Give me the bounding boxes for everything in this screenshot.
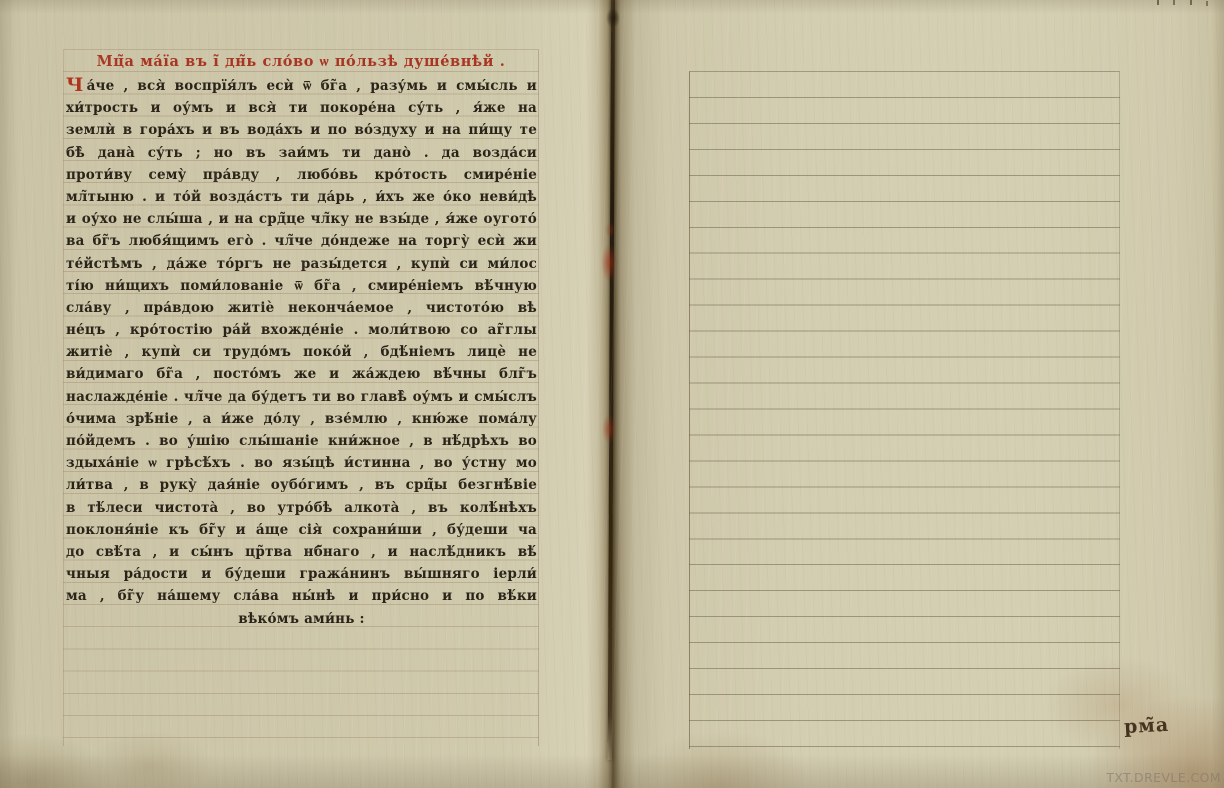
manuscript-line-text: а́че , вся̀ воспрїя́лъ есѝ ѿ бг̃а , разу… [87, 75, 537, 97]
manuscript-line: проти́ву сему̀ пра́вду , любо́вь кро́тос… [66, 164, 537, 186]
manuscript-line: чныя ра́дости и бу́деши гража́нинъ вы́шн… [66, 563, 537, 585]
watermark: TXT.DREVLE.COM [1106, 770, 1221, 785]
manuscript-line: Ч а́че , вся̀ воспрїя́лъ есѝ ѿ бг̃а , ра… [66, 75, 537, 97]
manuscript-line: по́йдемъ . во у́шію слы́шаніе кни́жное ,… [66, 430, 537, 452]
manuscript-line: те́йстѣмъ , да́же то́ргъ не разы́дется ,… [66, 253, 537, 275]
manuscript-line: в тѣ́леси чистота̀ , во утро́бѣ алкота̀ … [66, 497, 537, 519]
manuscript-lines: хи́трость и оу́мъ и вся̀ ти покоре́на су… [66, 97, 537, 607]
spine-ink-blot [606, 8, 620, 28]
rubric-title: Мц̃а ма́їа въ і̃ дн̃ь сло́во ѡ по́льзѣ д… [65, 53, 537, 71]
manuscript-line: ма , бг̃у на́шему сла́ва ны́нѣ и при́сно… [66, 585, 537, 607]
manuscript-line: сла́ву , пра́вдою житіѐ неконча́емое , ч… [66, 297, 537, 319]
manuscript-line: до свѣ́та , и сы́нъ цр̃тва нб̃наго , и н… [66, 541, 537, 563]
manuscript-line: житіѐ , купѝ си трудо́мъ поко́й , бдѣ́ні… [66, 341, 537, 363]
manuscript-line: ва бг̃ъ любя́щимъ его̀ . чл̃че до́ндеже … [66, 230, 537, 252]
manuscript-line: мл̃тыню . и то́й возда́стъ ти да́рь , и́… [66, 186, 537, 208]
manuscript-line: наслажде́ніе . чл̃че да бу́детъ ти во гл… [66, 386, 537, 408]
manuscript-line: поклоня́ніе къ бг̃у и а́ще сія̀ сохрани́… [66, 519, 537, 541]
manuscript-line: хи́трость и оу́мъ и вся̀ ти покоре́на су… [66, 97, 537, 119]
manuscript-line: здыха́ніе ѡ грѣсѣ́хъ . во язы́цѣ и́стинн… [66, 452, 537, 474]
manuscript-line: ті́ю ни́щихъ поми́лованіе ѿ бг̃а , смире… [66, 275, 537, 297]
manuscript-line: бѣ̀ дана̀ су́ть ; но въ заи́мъ ти дано̀ … [66, 142, 537, 164]
right-page-ruled-lines [689, 71, 1120, 749]
manuscript-line: землѝ в гора́хъ и въ вода́хъ и по во́зду… [66, 119, 537, 141]
closing-line: вѣко́мъ ами́нь : [66, 608, 537, 630]
manuscript-line: о́чима зрѣ́ніе , а и́же до́лу , взе́млю … [66, 408, 537, 430]
folio-number: рм̃а [1123, 714, 1169, 738]
rubric-drop-cap: Ч [66, 75, 84, 97]
manuscript-line: ви́димаго бг̃а , посто́мъ же и жа́ждею в… [66, 363, 537, 385]
manuscript-line: не́цъ , кро́тостію ра́й вхожде́ніе . мол… [66, 319, 537, 341]
cropped-folio-marking [1157, 0, 1159, 5]
manuscript-spread: Мц̃а ма́їа въ і̃ дн̃ь сло́во ѡ по́льзѣ д… [0, 0, 1224, 788]
manuscript-line: и оу́хо не слы́ша , и на срд̃це чл̃ку не… [66, 208, 537, 230]
manuscript-text-block: Ч а́че , вся̀ воспрїя́лъ есѝ ѿ бг̃а , ра… [66, 75, 537, 630]
manuscript-line: ли́тва , в руку̀ дая́ніе оубо́гимъ , въ … [66, 474, 537, 496]
